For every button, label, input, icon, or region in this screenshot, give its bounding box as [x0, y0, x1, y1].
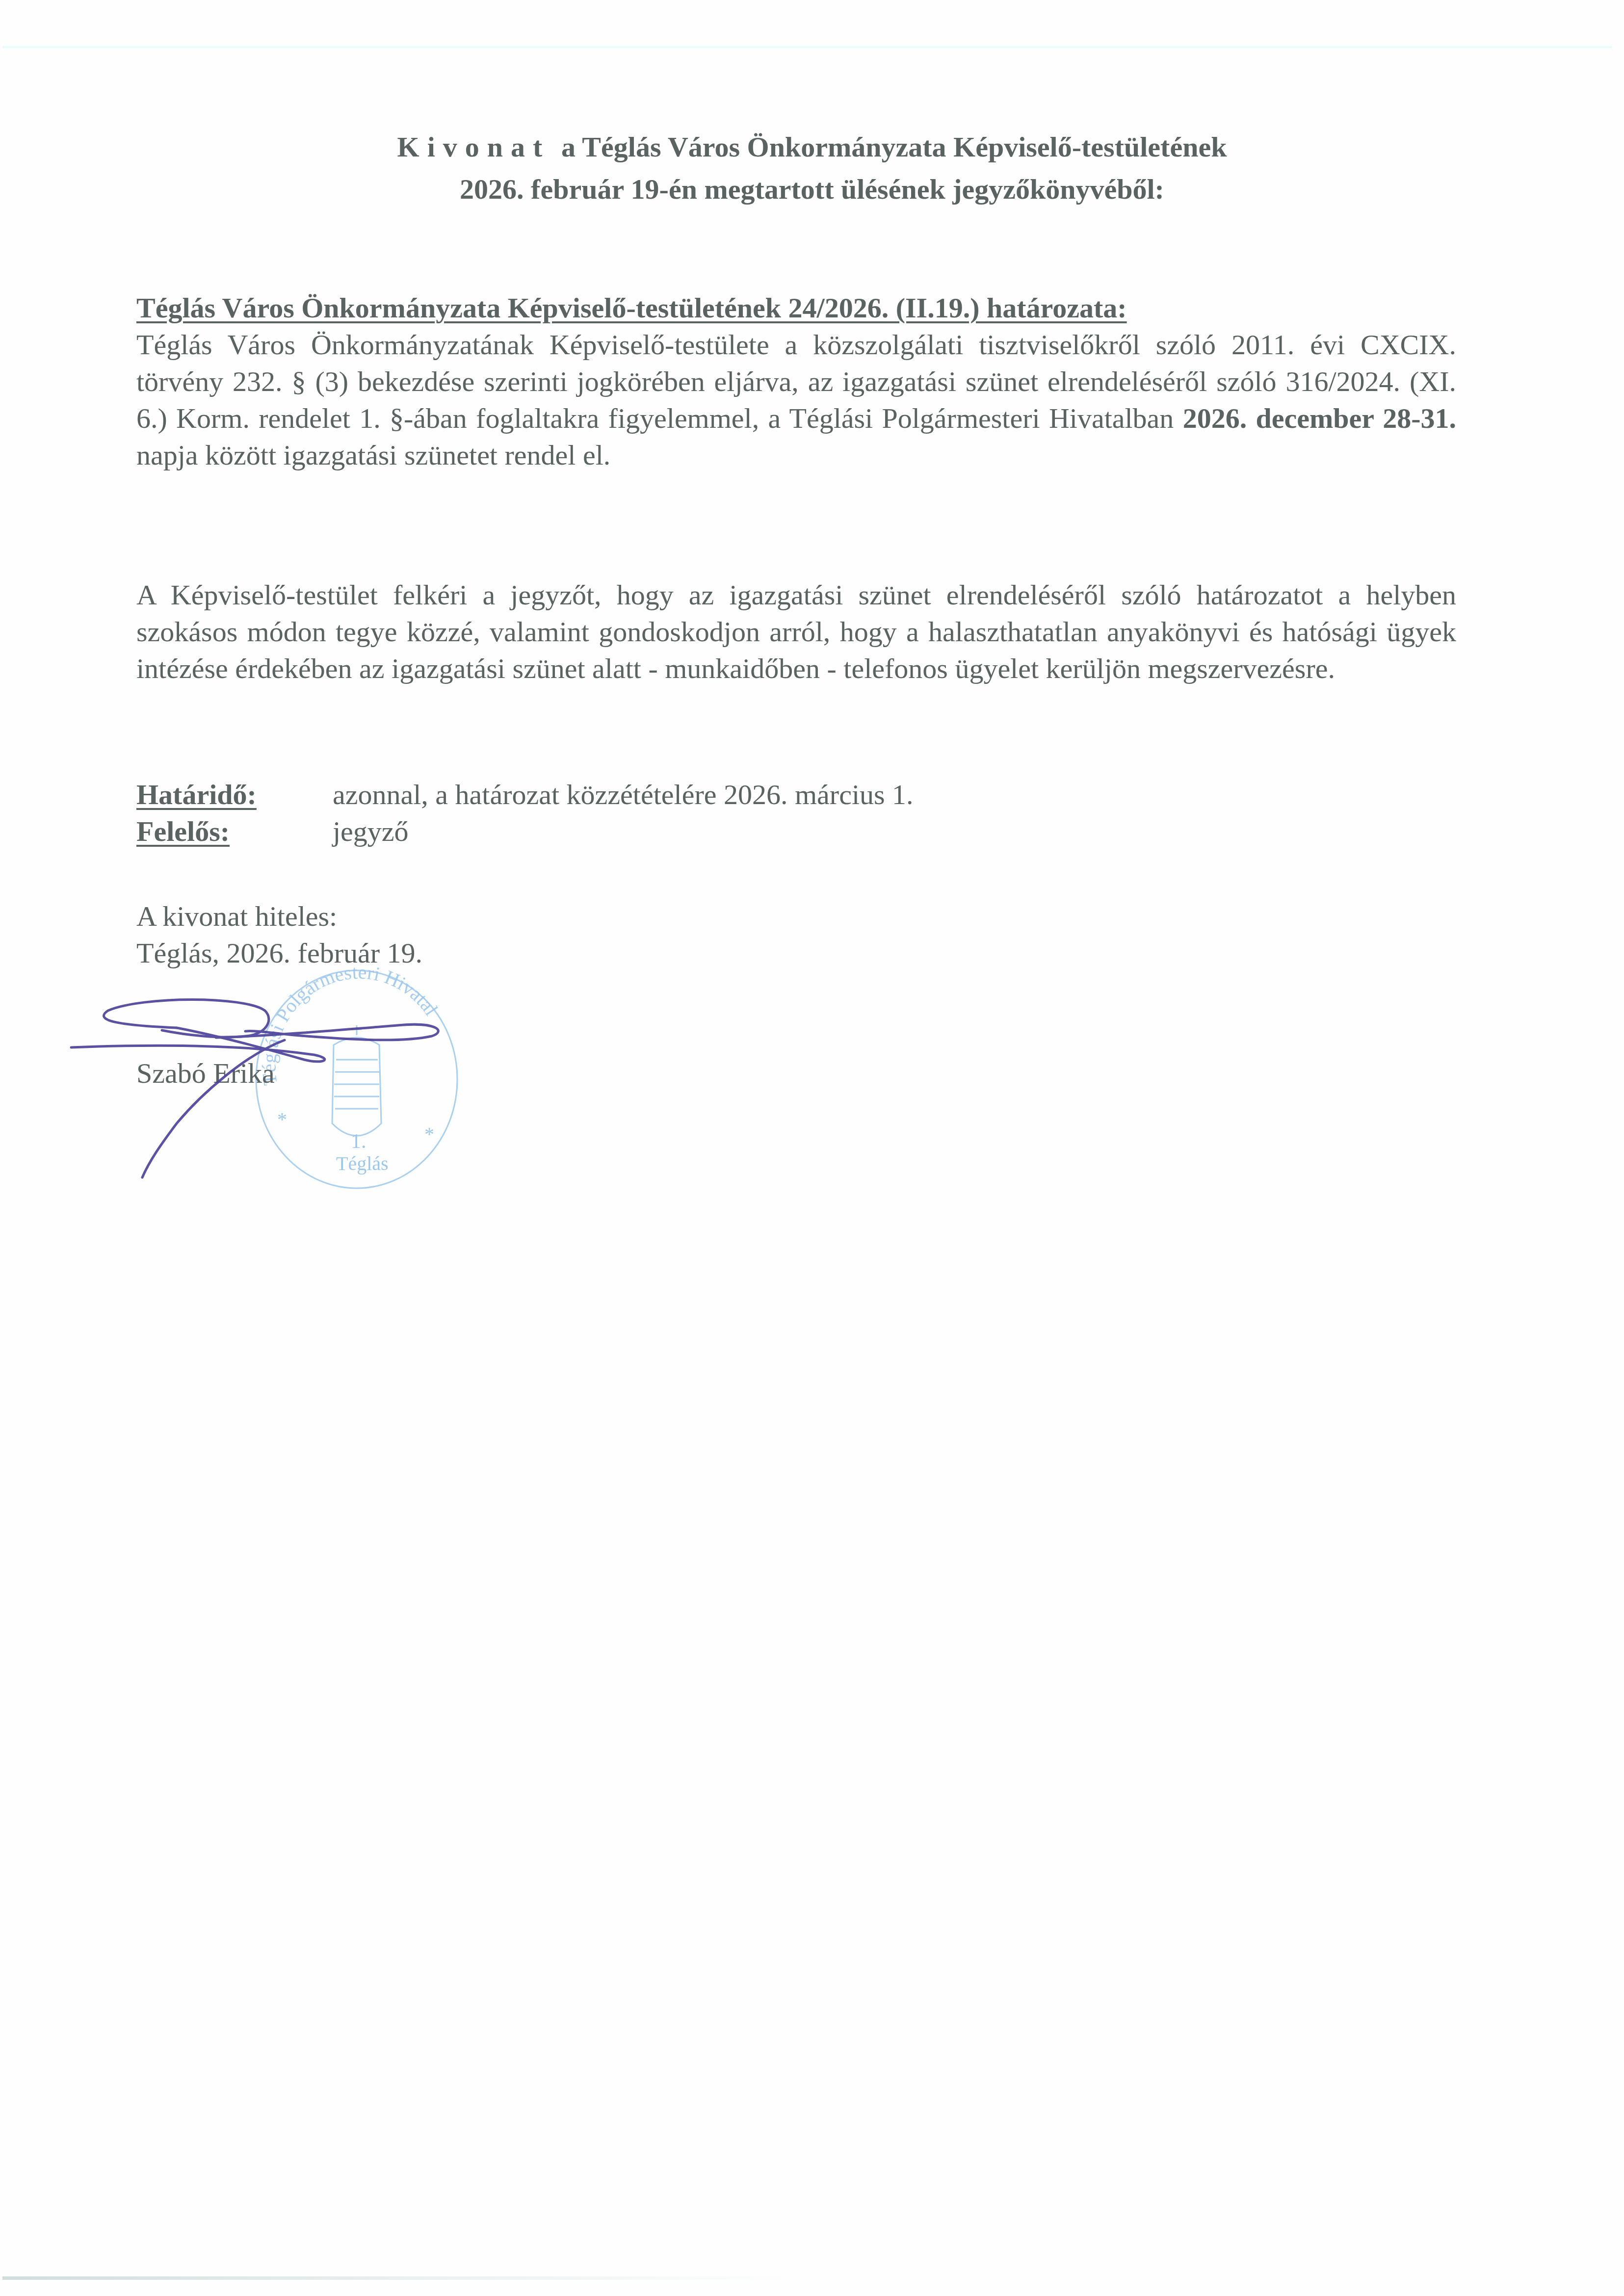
deadline-label: Határidő:: [136, 776, 333, 813]
handwritten-signature-icon: [59, 976, 451, 1182]
title-rest: a Téglás Város Önkormányzata Képviselő-t…: [561, 131, 1227, 163]
document-page: Kivonat a Téglás Város Önkormányzata Kép…: [0, 0, 1624, 2296]
para1-bold-date: 2026. december 28-31.: [1183, 402, 1456, 434]
authentication-label: A kivonat hiteles:: [136, 898, 337, 935]
document-title-line1: Kivonat a Téglás Város Önkormányzata Kép…: [0, 129, 1624, 166]
responsible-row: Felelős:jegyző: [136, 813, 409, 850]
resolution-paragraph-1: Téglás Város Önkormányzatának Képviselő-…: [136, 326, 1456, 473]
scan-artifact-top: [2, 46, 1612, 49]
para1-text-b: napja között igazgatási szünetet rendel …: [136, 439, 610, 471]
title-kivonat: Kivonat: [397, 131, 550, 163]
responsible-value: jegyző: [333, 815, 409, 847]
responsible-label: Felelős:: [136, 813, 333, 850]
scan-artifact-bottom: [2, 2276, 797, 2280]
resolution-heading: Téglás Város Önkormányzata Képviselő-tes…: [136, 289, 1127, 326]
resolution-paragraph-2: A Képviselő-testület felkéri a jegyzőt, …: [136, 576, 1456, 687]
deadline-row: Határidő:azonnal, a határozat közzététel…: [136, 776, 914, 813]
document-title-line2: 2026. február 19-én megtartott ülésének …: [0, 171, 1624, 208]
deadline-value: azonnal, a határozat közzétételére 2026.…: [333, 779, 914, 810]
